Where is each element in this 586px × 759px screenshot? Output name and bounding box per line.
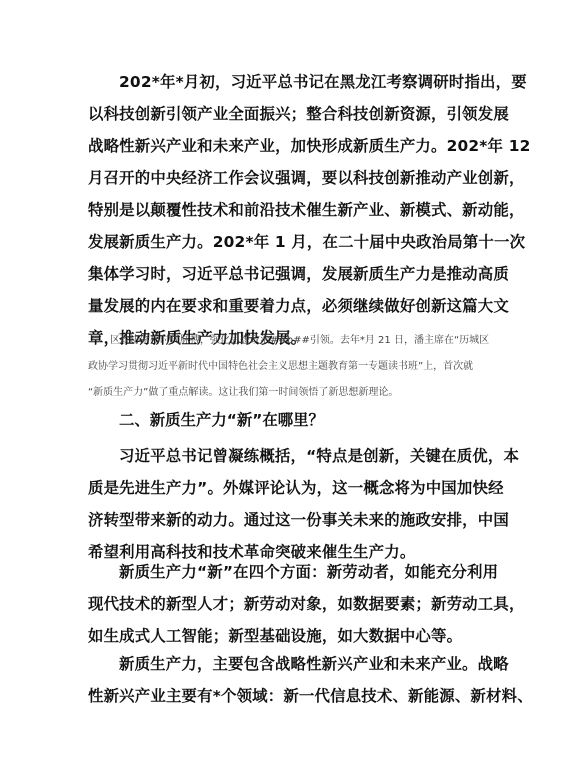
text-line: 现代技术的新型人才；新劳动对象，如数据要素；新劳动工具， bbox=[88, 588, 504, 620]
paragraph-industries: 新质生产力，主要包含战略性新兴产业和未来产业。战略 性新兴产业主要有*个领域：新… bbox=[88, 648, 504, 712]
text-line: 量发展的内在要求和重要着力点，必须继续做好创新这篇大文 bbox=[88, 290, 504, 322]
text-line: 以科技创新引领产业全面振兴；整合科技创新资源，引领发展 bbox=[88, 98, 504, 130]
text-line: 集体学习时，习近平总书记强调，发展新质生产力是推动高质 bbox=[88, 258, 504, 290]
paragraph-intro: 202*年*月初，习近平总书记在黑龙江考察调研时指出，要 以科技创新引领产业全面… bbox=[88, 66, 504, 354]
text-line: 新质生产力，主要包含战略性新兴产业和未来产业。战略 bbox=[88, 648, 504, 680]
text-line: 习近平总书记曾凝练概括，“特点是创新，关键在质优，本 bbox=[88, 440, 504, 472]
document-page: 202*年*月初，习近平总书记在黑龙江考察调研时指出，要 以科技创新引领产业全面… bbox=[0, 0, 586, 759]
paragraph-summary: 习近平总书记曾凝练概括，“特点是创新，关键在质优，本 质是先进生产力”。外媒评论… bbox=[88, 440, 504, 568]
section-heading: 二、新质生产力“新”在哪里？ bbox=[119, 404, 324, 436]
text-line: 发展新质生产力。202*年 1 月，在二十届中央政治局第十一次 bbox=[88, 226, 504, 258]
note-paragraph: 区政协紧扣时代脉搏，强化思想政治##b##引领。去年*月 21 日，潘主席在“历… bbox=[88, 328, 508, 406]
paragraph-four-aspects: 新质生产力“新”在四个方面：新劳动者，如能充分利用 现代技术的新型人才；新劳动对… bbox=[88, 556, 504, 652]
text-line: 济转型带来新的动力。通过这一份事关未来的施政安排，中国 bbox=[88, 504, 504, 536]
text-line: 新质生产力“新”在四个方面：新劳动者，如能充分利用 bbox=[88, 556, 504, 588]
note-line: 区政协紧扣时代脉搏，强化思想政治##b##引领。去年*月 21 日，潘主席在“历… bbox=[88, 328, 508, 354]
text-line: 特别是以颠覆性技术和前沿技术催生新产业、新模式、新动能， bbox=[88, 194, 504, 226]
text-line: 月召开的中央经济工作会议强调，要以科技创新推动产业创新， bbox=[88, 162, 504, 194]
text-line: 质是先进生产力”。外媒评论认为，这一概念将为中国加快经 bbox=[88, 472, 504, 504]
text-line: 战略性新兴产业和未来产业，加快形成新质生产力。202*年 12 bbox=[88, 130, 504, 162]
note-line: “新质生产力”做了重点解读。这让我们第一时间领悟了新思想新理论。 bbox=[88, 380, 508, 406]
text-line: 性新兴产业主要有*个领域：新一代信息技术、新能源、新材料、 bbox=[88, 680, 504, 712]
note-line: 政协学习贯彻习近平新时代中国特色社会主义思想主题教育第一专题读书班”上，首次就 bbox=[88, 354, 508, 380]
text-line: 202*年*月初，习近平总书记在黑龙江考察调研时指出，要 bbox=[88, 66, 504, 98]
